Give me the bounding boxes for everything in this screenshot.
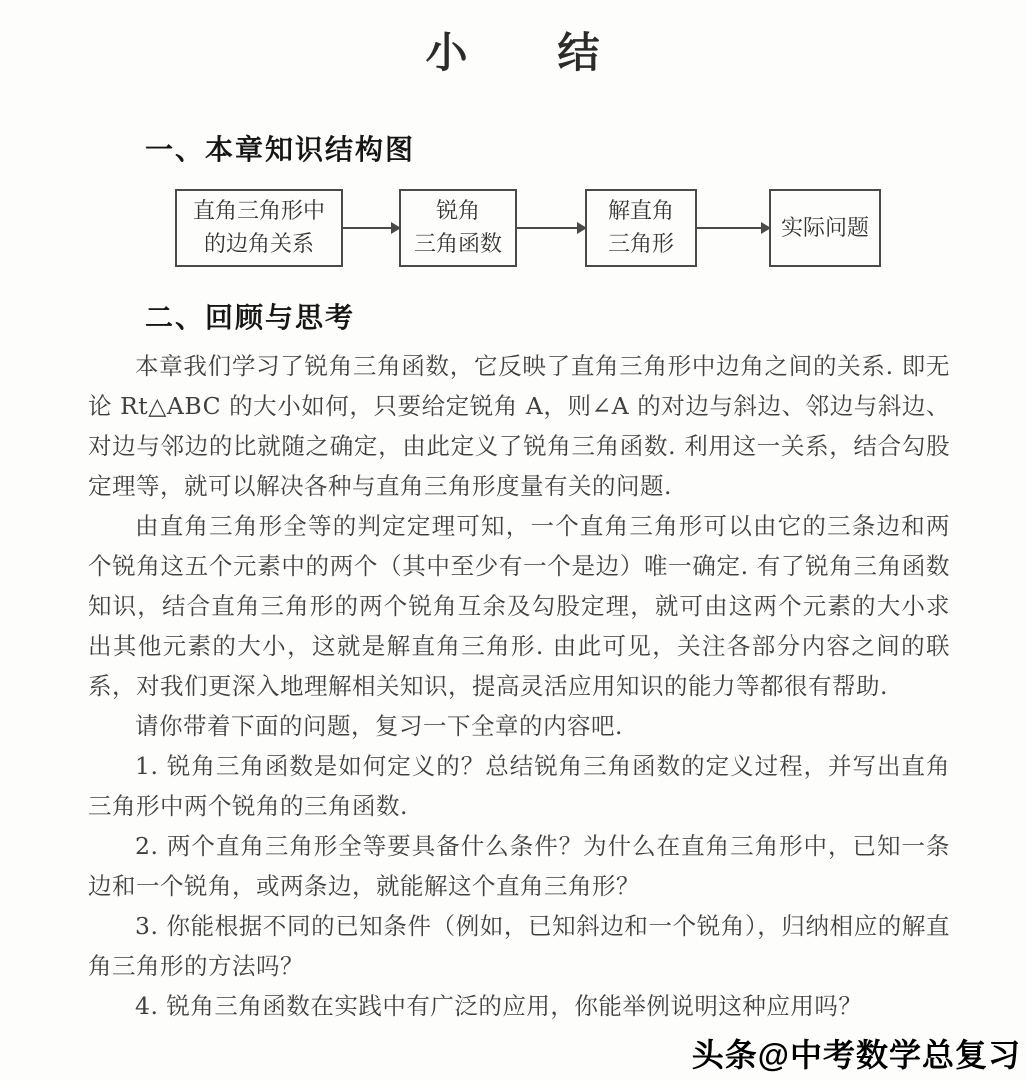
paragraph-congruence: 由直角三角形全等的判定定理可知，一个直角三角形可以由它的三条边和两个锐角这五个元…	[88, 506, 950, 706]
page-content: 一、本章知识结构图 直角三角形中 的边角关系 锐角 三角函数 解直角 三角形 实…	[0, 128, 1027, 1026]
paragraph-prompt: 请你带着下面的问题，复习一下全章的内容吧.	[88, 706, 950, 746]
flow-box-acute-trig-functions: 锐角 三角函数	[399, 189, 517, 267]
question-3: 3. 你能根据不同的已知条件（例如，已知斜边和一个锐角），归纳相应的解直角三角形…	[88, 906, 950, 986]
page-title: 小 结	[0, 0, 1027, 80]
flow-arrow-icon	[517, 227, 585, 229]
flow-box-solving-right-triangles: 解直角 三角形	[585, 189, 697, 267]
review-text: 本章我们学习了锐角三角函数，它反映了直角三角形中边角之间的关系. 即无论 Rt△…	[88, 346, 950, 1026]
flow-box-practical-problems: 实际问题	[769, 189, 881, 267]
section2-heading: 二、回顾与思考	[145, 296, 950, 336]
flow-box-side-angle-relations: 直角三角形中 的边角关系	[175, 189, 343, 267]
knowledge-structure-flowchart: 直角三角形中 的边角关系 锐角 三角函数 解直角 三角形 实际问题	[175, 186, 950, 270]
flow-arrow-icon	[697, 227, 769, 229]
textbook-page: 小 结 一、本章知识结构图 直角三角形中 的边角关系 锐角 三角函数 解直角 三…	[0, 0, 1027, 1080]
question-1: 1. 锐角三角函数是如何定义的？总结锐角三角函数的定义过程，并写出直角三角形中两…	[88, 746, 950, 826]
watermark: 头条@中考数学总复习	[692, 1030, 1021, 1076]
section1-heading: 一、本章知识结构图	[145, 128, 950, 168]
flow-arrow-icon	[343, 227, 399, 229]
question-2: 2. 两个直角三角形全等要具备什么条件？为什么在直角三角形中，已知一条边和一个锐…	[88, 826, 950, 906]
question-4: 4. 锐角三角函数在实践中有广泛的应用，你能举例说明这种应用吗？	[88, 986, 950, 1026]
paragraph-overview: 本章我们学习了锐角三角函数，它反映了直角三角形中边角之间的关系. 即无论 Rt△…	[88, 346, 950, 506]
